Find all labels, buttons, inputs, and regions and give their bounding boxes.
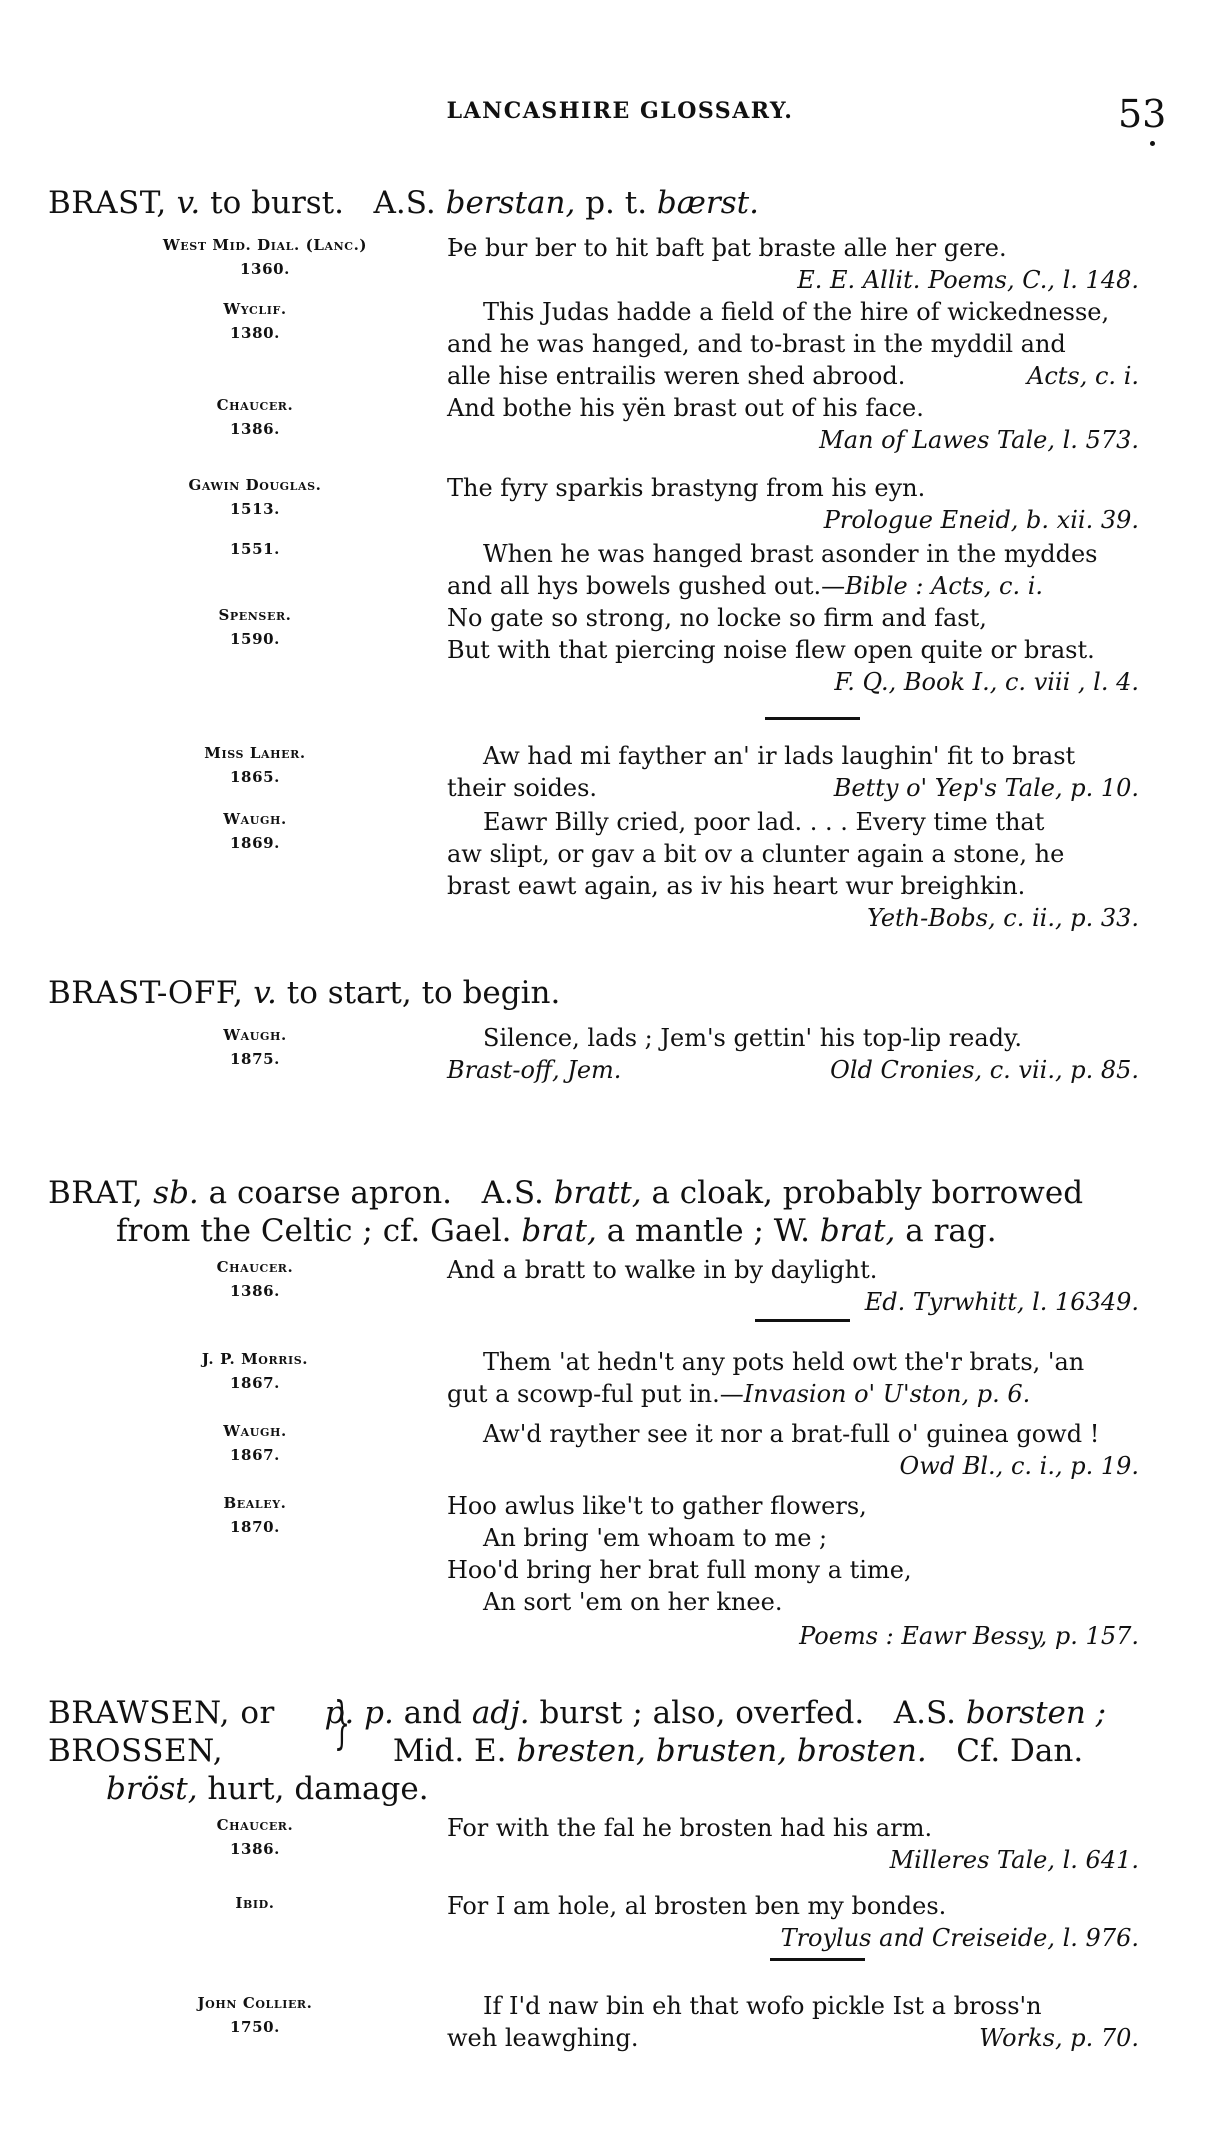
running-title: LANCASHIRE GLOSSARY. (380, 98, 860, 124)
quotation-year: 1750. (80, 2016, 430, 2038)
citation: Yeth-Bobs, c. ii., p. 33. (447, 902, 1175, 934)
etymology-prefix: A.S. (374, 185, 436, 221)
quotation-author: Waugh. 1869. (80, 806, 430, 854)
quotation-year: 1380. (80, 322, 430, 344)
etymology-word: bröst, (106, 1771, 198, 1807)
part-of-speech: sb. (153, 1175, 199, 1211)
quotation-text: Aw had mi fayther an' ir lads laughin' f… (447, 740, 1175, 804)
quotation-text: And a bratt to walke in by daylight. Ed.… (447, 1254, 1175, 1318)
etymology-word: bratt, (554, 1175, 642, 1211)
definition: to burst. (210, 185, 344, 221)
quotation-text: Silence, lads ; Jem's gettin' his top-li… (447, 1022, 1175, 1086)
quotation-year: 1867. (80, 1372, 430, 1394)
quotation-year: 1865. (80, 766, 430, 788)
quotation-author: Waugh. 1867. (80, 1418, 430, 1466)
quotation-author: John Collier. 1750. (80, 1990, 430, 2038)
quotation-author: Chaucer. 1386. (80, 1812, 430, 1860)
etymology-word: brat, (820, 1213, 895, 1249)
quotation-text: Aw'd rayther see it nor a brat-full o' g… (447, 1418, 1175, 1482)
quotation-text: For with the fal he brosten had his arm.… (447, 1812, 1175, 1876)
quotation-text: Hoo awlus like't to gather flowers, An b… (447, 1490, 1175, 1652)
headword-variant: BROSSEN, (48, 1733, 223, 1769)
grouping-brace: } (334, 1696, 350, 1752)
quotation-author: Miss Laher. 1865. (80, 740, 430, 788)
definition: to start, to begin. (287, 975, 561, 1011)
quotation-year: 1386. (80, 1280, 430, 1302)
quotation-year: 1875. (80, 1048, 430, 1070)
quotation-text: Eawr Billy cried, poor lad. . . . Every … (447, 806, 1175, 934)
etymology-mid: p. t. (585, 185, 647, 221)
headword-line: BRAST, v. to burst. A.S. berstan, p. t. … (48, 184, 1188, 222)
citation: F. Q., Book I., c. viii , l. 4. (447, 666, 1175, 698)
etymology-word: bærst. (657, 185, 759, 221)
citation: Prologue Eneid, b. xii. 39. (447, 504, 1175, 536)
citation: Milleres Tale, l. 641. (447, 1844, 1175, 1876)
page-dot-mark (1150, 141, 1155, 146)
book-page: LANCASHIRE GLOSSARY. 53 BRAST, v. to bur… (0, 0, 1226, 2139)
quotation-year: 1590. (80, 628, 430, 650)
quotation-text: Them 'at hedn't any pots held owt the'r … (447, 1346, 1175, 1410)
quotation-text: No gate so strong, no locke so firm and … (447, 602, 1175, 698)
page-number: 53 (1118, 92, 1166, 136)
quotation-author: Wyclif. 1380. (80, 296, 430, 344)
quotation-author: Gawin Douglas. 1513. (80, 472, 430, 520)
citation: E. E. Allit. Poems, C., l. 148. (447, 264, 1175, 296)
citation: Man of Lawes Tale, l. 573. (447, 424, 1175, 456)
citation: Bible : Acts, c. i. (845, 572, 1043, 600)
headword-line: BRAST-OFF, v. to start, to begin. (48, 974, 1188, 1012)
quotation-year: 1386. (80, 1838, 430, 1860)
section-rule (770, 1958, 865, 1961)
citation: Invasion o' U'ston, p. 6. (744, 1380, 1030, 1408)
etymology-word: brusten, (656, 1733, 787, 1769)
quotation-year: 1360. (70, 258, 460, 280)
citation: Poems : Eawr Bessy, p. 157. (447, 1620, 1175, 1652)
quotation-author: J. P. Morris. 1867. (80, 1346, 430, 1394)
part-of-speech: v. (253, 975, 277, 1011)
quotation-year: 1867. (80, 1444, 430, 1466)
quotation-author: Bealey. 1870. (80, 1490, 430, 1538)
headword: BRAT, (48, 1175, 143, 1211)
citation: Acts, c. i. (1027, 360, 1175, 392)
quotation-text: If I'd naw bin eh that wofo pickle Ist a… (447, 1990, 1175, 2054)
citation: Old Cronies, c. vii., p. 85. (830, 1054, 1175, 1086)
headword-line: BRAWSEN, or p. p. and adj. burst ; also,… (48, 1694, 1188, 1808)
quotation-author: West Mid. Dial. (Lanc.) 1360. (70, 232, 460, 280)
quotation-author: 1551. (80, 538, 430, 560)
headword: BRAWSEN, or (48, 1695, 275, 1731)
section-rule (765, 717, 860, 720)
quotation-author: Ibid. (80, 1890, 430, 1916)
quotation-year: 1869. (80, 832, 430, 854)
etymology-word: brosten. (797, 1733, 927, 1769)
quotation-author: Spenser. 1590. (80, 602, 430, 650)
quotation-year: 1870. (80, 1516, 430, 1538)
etymology-word: berstan, (446, 185, 576, 221)
citation: Owd Bl., c. i., p. 19. (447, 1450, 1175, 1482)
quotation-year: 1513. (80, 498, 430, 520)
quotation-text: And bothe his yën brast out of his face.… (447, 392, 1175, 456)
quotation-text: The fyry sparkis brastyng from his eyn. … (447, 472, 1175, 536)
headword: BRAST, (48, 185, 167, 221)
quotation-text: This Judas hadde a field of the hire of … (447, 296, 1175, 392)
citation: Betty o' Yep's Tale, p. 10. (834, 772, 1175, 804)
headword-line: BRAT, sb. a coarse apron. A.S. bratt, a … (48, 1174, 1188, 1250)
etymology-word: borsten ; (966, 1695, 1106, 1731)
citation: Ed. Tyrwhitt, l. 16349. (447, 1286, 1175, 1318)
quotation-year: 1386. (80, 418, 430, 440)
quotation-author: Chaucer. 1386. (80, 392, 430, 440)
etymology-word: bresten, (516, 1733, 646, 1769)
etymology-word: brat, (521, 1213, 596, 1249)
quotation-author: Waugh. 1875. (80, 1022, 430, 1070)
quotation-author: Chaucer. 1386. (80, 1254, 430, 1302)
quotation-text: For I am hole, al brosten ben my bondes.… (447, 1890, 1175, 1954)
citation: Troylus and Creiseide, l. 976. (447, 1922, 1175, 1954)
quotation-text: When he was hanged brast asonder in the … (447, 538, 1175, 602)
section-rule (755, 1319, 850, 1322)
quotation-year: 1551. (80, 538, 430, 560)
citation: Works, p. 70. (979, 2022, 1175, 2054)
part-of-speech: v. (177, 185, 201, 221)
quotation-text: Þe bur ber to hit baft þat braste alle h… (447, 232, 1175, 296)
headword: BRAST-OFF, (48, 975, 243, 1011)
